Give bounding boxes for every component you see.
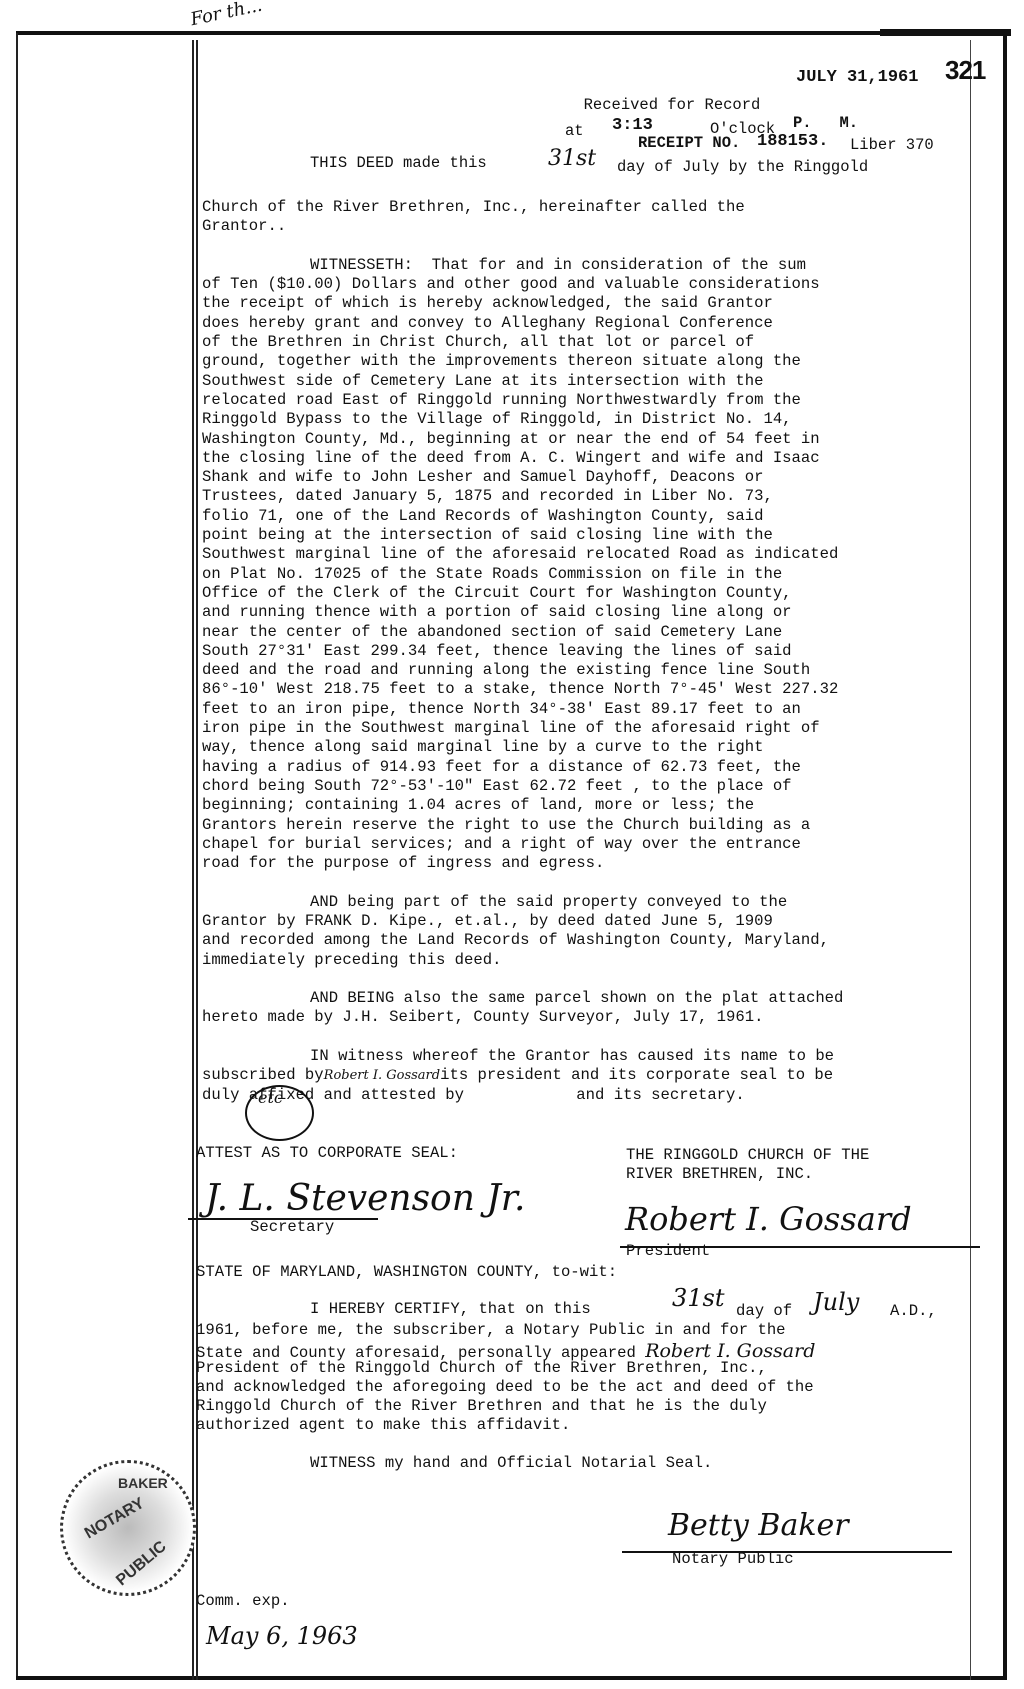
certify-prefix: I HEREBY CERTIFY, that on this [310, 1300, 591, 1318]
text-line: and recorded among the Land Records of W… [202, 931, 977, 950]
receipt-number: 188153. [757, 132, 828, 151]
church-name-line1: THE RINGGOLD CHURCH OF THE [626, 1146, 869, 1164]
text-line: relocated road East of Ringgold running … [202, 391, 977, 410]
deed-day-handwritten: 31st [548, 146, 596, 171]
received-for-record: Received for Record [565, 78, 760, 114]
text-line: Washington County, Md., beginning at or … [202, 430, 977, 449]
text-line: near the center of the abandoned section… [202, 623, 977, 642]
comm-exp-date: May 6, 1963 [206, 1622, 358, 1650]
in-witness-line2: subscribed byRobert I. Gossardits presid… [202, 1066, 977, 1085]
seal-text-top: BAKER [118, 1475, 168, 1491]
text-line: ground, together with the improvements t… [202, 352, 977, 371]
text-line: chord being South 72°-53'-10" East 62.72… [202, 777, 977, 796]
text-line: the closing line of the deed from A. C. … [202, 449, 977, 468]
witness-line: WITNESS my hand and Official Notarial Se… [310, 1454, 712, 1472]
and-being-part-paragraph: AND being part of the said property conv… [202, 893, 977, 970]
frame-top-border [16, 31, 1011, 35]
certify-line5: and acknowledged the aforegoing deed to … [196, 1378, 814, 1396]
secretary-signature: J. L. Stevenson Jr. [205, 1178, 525, 1219]
and-being-also-paragraph: AND BEING also the same parcel shown on … [202, 989, 977, 1028]
text-line: South 27°31' East 299.34 feet, thence le… [202, 642, 977, 661]
page-number: 321 [945, 55, 985, 86]
deed-opening-rest: day of July by the Ringgold [617, 158, 868, 176]
certify-line6: Ringgold Church of the River Brethren an… [196, 1397, 767, 1415]
frame-left-border [16, 33, 18, 1680]
secretary-label: Secretary [250, 1218, 334, 1236]
witnesseth-paragraph: WITNESSETH: That for and in consideratio… [202, 256, 977, 874]
text-line: folio 71, one of the Land Records of Was… [202, 507, 977, 526]
text-line: Grantors herein reserve the right to use… [202, 816, 977, 835]
attest-label: ATTEST AS TO CORPORATE SEAL: [196, 1144, 458, 1162]
text-line: Southwest marginal line of the aforesaid… [202, 545, 977, 564]
certify-day-handwritten: 31st [672, 1284, 725, 1312]
text-line: feet to an iron pipe, thence North 34°-3… [202, 700, 977, 719]
record-time: 3:13 [612, 116, 653, 135]
text-line: AND being part of the said property conv… [202, 893, 977, 912]
text-line: Office of the Clerk of the Circuit Court… [202, 584, 977, 603]
text-line: AND BEING also the same parcel shown on … [202, 989, 977, 1008]
text-line: having a radius of 914.93 feet for a dis… [202, 758, 977, 777]
inline-signature: Robert I. Gossard [324, 1068, 440, 1083]
notary-signature: Betty Baker [668, 1508, 849, 1543]
text-line: immediately preceding this deed. [202, 951, 977, 970]
certify-line7: authorized agent to make this affidavit. [196, 1416, 570, 1434]
text-line: beginning; containing 1.04 acres of land… [202, 796, 977, 815]
text-line: deed and the road and running along the … [202, 661, 977, 680]
certify-line4: President of the Ringgold Church of the … [196, 1359, 767, 1377]
liber-label: Liber 370 [850, 136, 934, 154]
text-line: on Plat No. 17025 of the State Roads Com… [202, 565, 977, 584]
president-label: President [626, 1242, 710, 1260]
in-witness-line3: duly affixed and attested by and its sec… [202, 1086, 977, 1105]
receipt-label: RECEIPT NO. [638, 134, 740, 152]
at-label: at [565, 122, 584, 140]
deed-body: Church of the River Brethren, Inc., here… [202, 198, 977, 1105]
handwritten-top-note: For th... [189, 0, 264, 30]
text-line: chapel for burial services; and a right … [202, 835, 977, 854]
frame-bottom-border [16, 1676, 1007, 1680]
president-signature: Robert I. Gossard [625, 1200, 912, 1238]
text-line: 86°-10' West 218.75 feet to a stake, the… [202, 680, 977, 699]
text-line: the receipt of which is hereby acknowled… [202, 294, 977, 313]
certify-month-handwritten: July [813, 1288, 859, 1316]
deed-opening-prefix: THIS DEED made this [310, 154, 487, 172]
text-line: way, thence along said marginal line by … [202, 738, 977, 757]
text-line: of the Brethren in Christ Church, all th… [202, 333, 977, 352]
text-line: iron pipe in the Southwest marginal line… [202, 719, 977, 738]
frame-right-border [1003, 33, 1007, 1680]
certify-mid: day of [736, 1302, 792, 1320]
certify-line2: 1961, before me, the subscriber, a Notar… [196, 1321, 786, 1339]
received-date: JULY 31,1961 [796, 68, 918, 87]
notary-label: Notary Public [672, 1550, 794, 1568]
text-line: Shank and wife to John Lesher and Samuel… [202, 468, 977, 487]
margin-rule [192, 40, 194, 1680]
text-line: Trustees, dated January 5, 1875 and reco… [202, 487, 977, 506]
deed-opening-line3: Grantor.. [202, 217, 977, 236]
text-line: WITNESSETH: That for and in consideratio… [202, 256, 977, 275]
text-line: road for the purpose of ingress and egre… [202, 854, 977, 873]
deed-opening-line2: Church of the River Brethren, Inc., here… [202, 198, 977, 217]
certify-suffix: A.D., [890, 1302, 937, 1320]
margin-rule [196, 40, 198, 1680]
frame-top-right-border [880, 29, 1011, 36]
text-line: of Ten ($10.00) Dollars and other good a… [202, 275, 977, 294]
text-line: Grantor by FRANK D. Kipe., et.al., by de… [202, 912, 977, 931]
text-line: does hereby grant and convey to Alleghan… [202, 314, 977, 333]
comm-exp-label: Comm. exp. [196, 1592, 290, 1610]
text-line: Southwest side of Cemetery Lane at its i… [202, 372, 977, 391]
church-name-line2: RIVER BRETHREN, INC. [626, 1165, 813, 1183]
seal-note: etc [258, 1088, 283, 1107]
state-line: STATE OF MARYLAND, WASHINGTON COUNTY, to… [196, 1263, 617, 1281]
in-witness-line1: IN witness whereof the Grantor has cause… [202, 1047, 977, 1066]
am-pm: P. M. [793, 114, 858, 132]
text-line: and running thence with a portion of sai… [202, 603, 977, 622]
received-label: Received for Record [584, 96, 761, 114]
text-line: hereto made by J.H. Seibert, County Surv… [202, 1008, 977, 1027]
text-line: point being at the intersection of said … [202, 526, 977, 545]
text-line: Ringgold Bypass to the Village of Ringgo… [202, 410, 977, 429]
